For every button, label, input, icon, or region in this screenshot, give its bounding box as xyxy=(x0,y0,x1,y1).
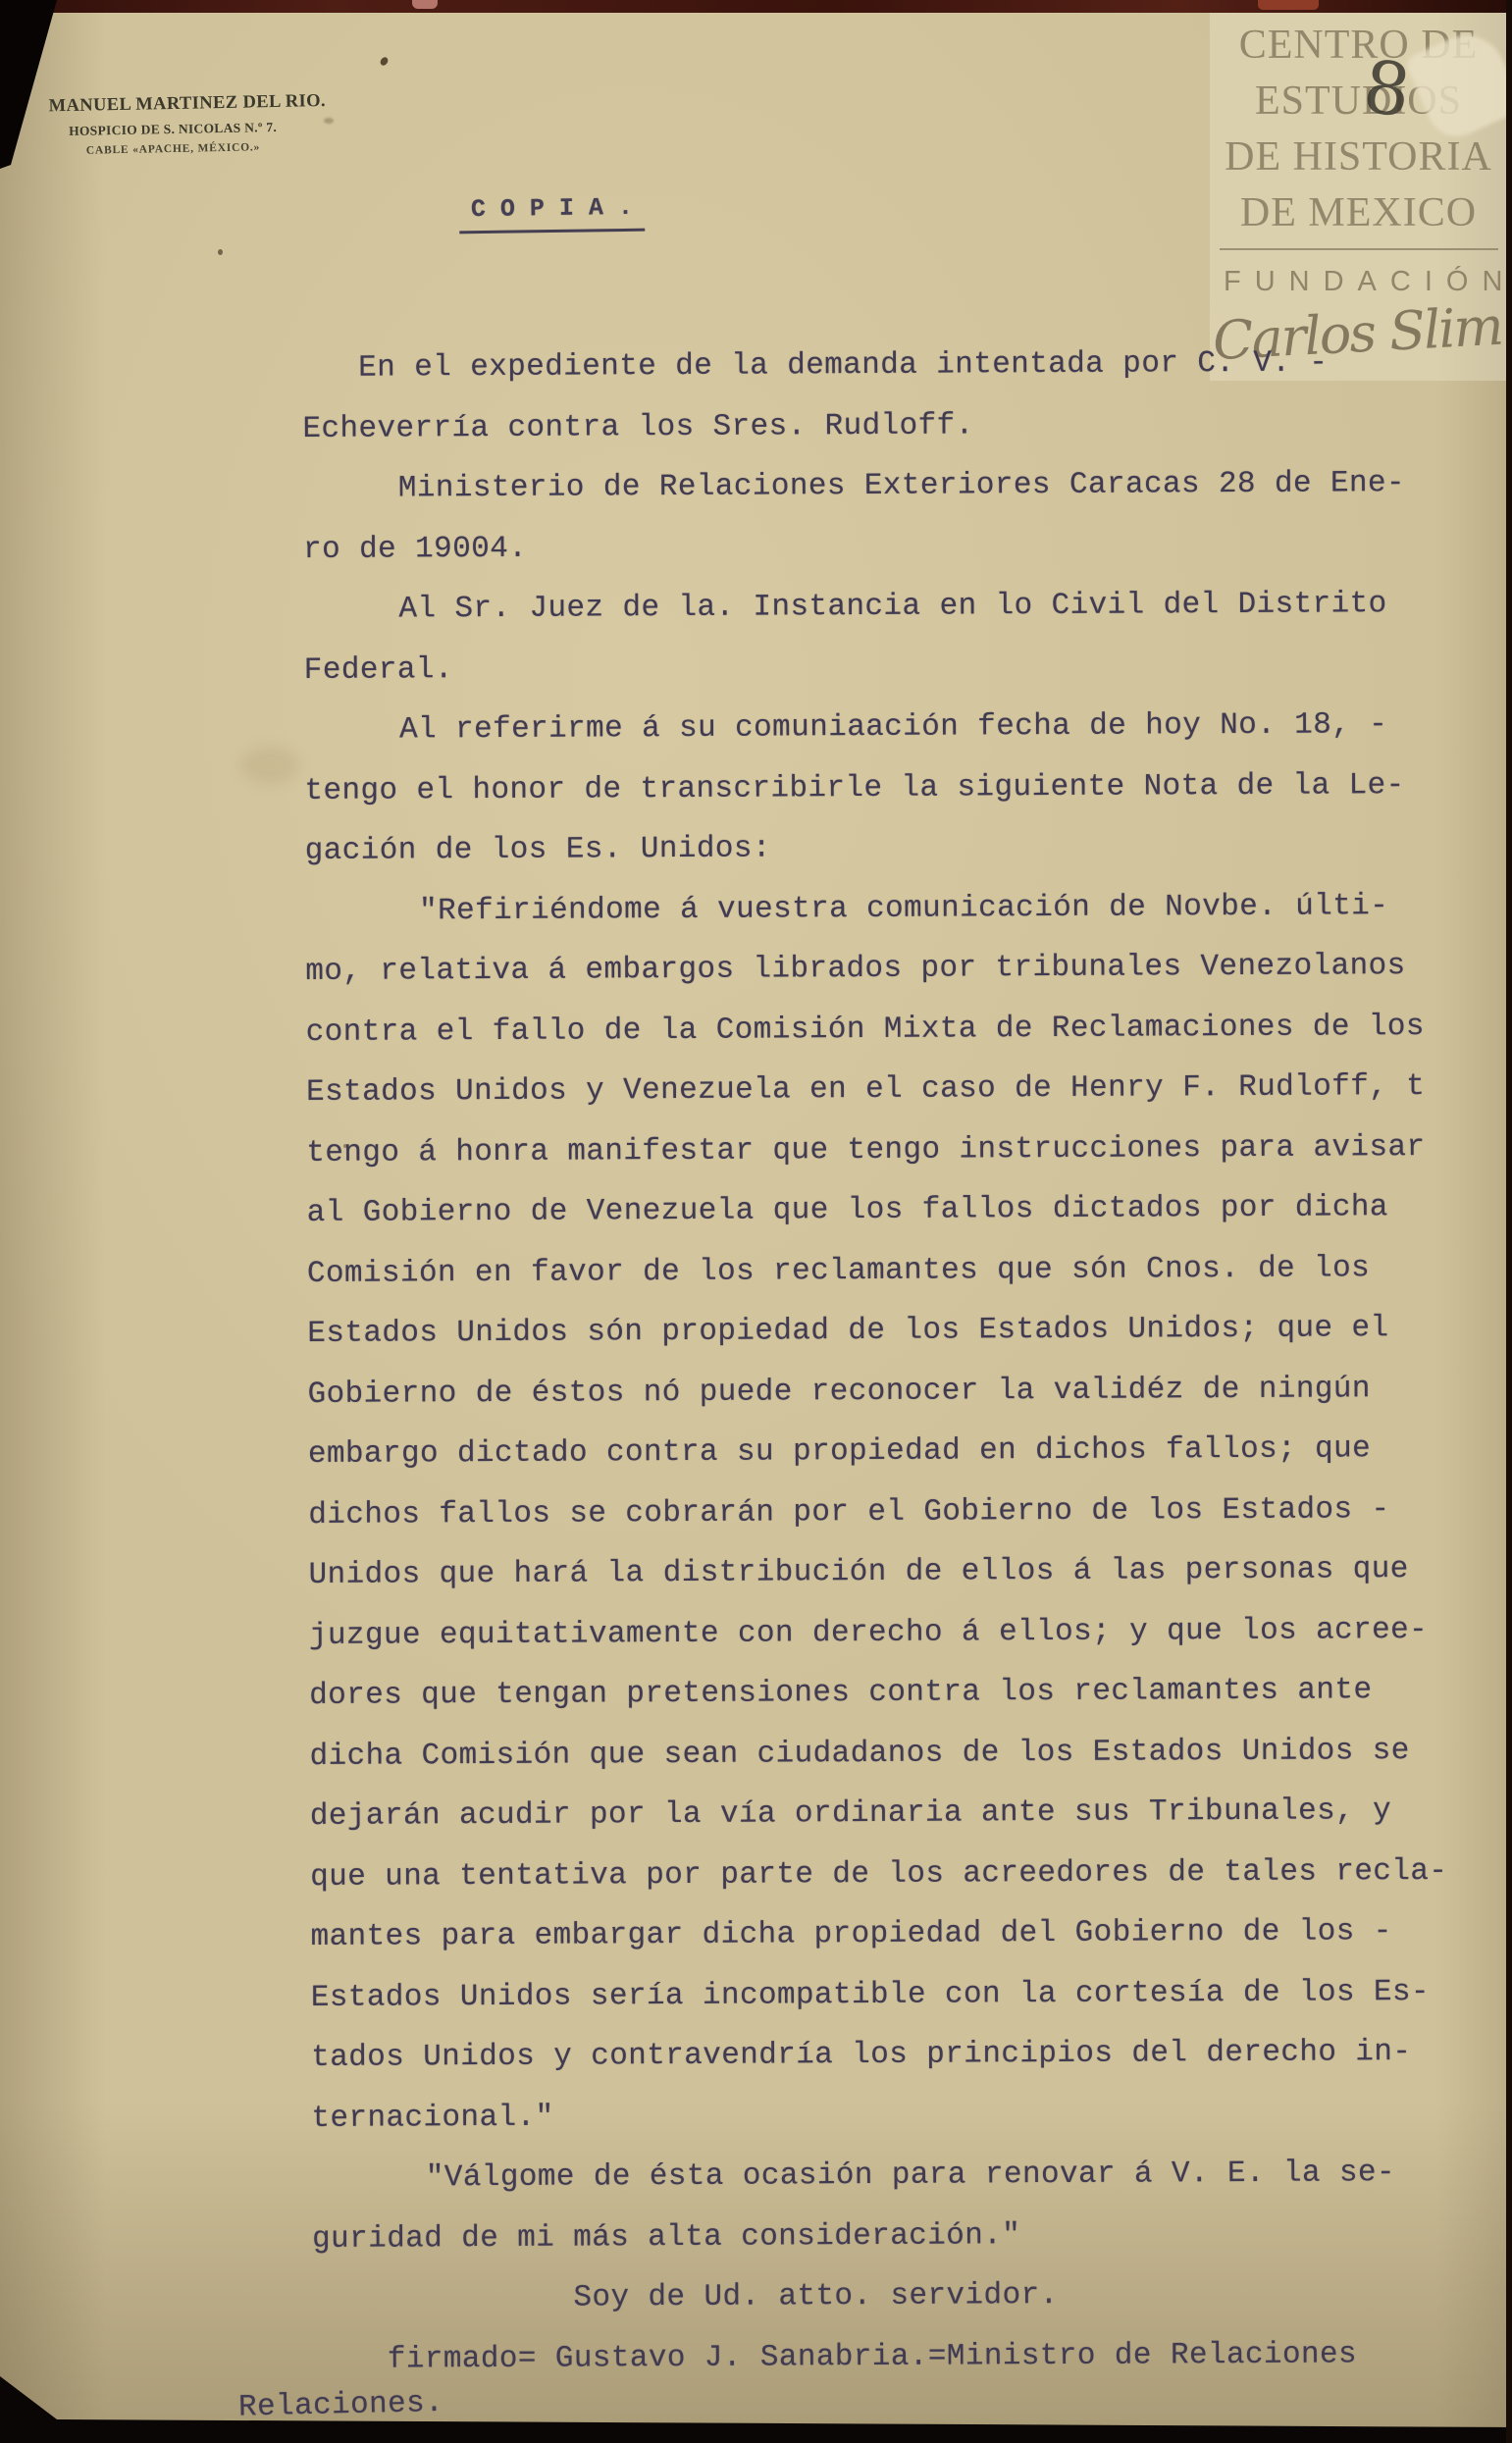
typed-line-7: Al referirme á su comuniaación fecha de … xyxy=(304,695,1491,761)
letterhead-name: MANUEL MARTINEZ DEL RIO. xyxy=(48,92,295,118)
typed-line-18: Gobierno de éstos nó puede reconocer la … xyxy=(307,1358,1494,1425)
typed-line-29: tados Unidos y contravendría los princip… xyxy=(311,2022,1498,2089)
typed-line-25: dejarán acudir por la vía ordinaria ante… xyxy=(310,1781,1497,1847)
typed-line-12: contra el fallo de la Comisión Mixta de … xyxy=(306,996,1493,1063)
typed-line-9: gación de los Es. Unidos: xyxy=(305,815,1492,882)
typed-line-31: "Válgome de ésta ocasión para renovar á … xyxy=(312,2143,1499,2209)
typed-line-19: embargo dictado contra su propiedad en d… xyxy=(308,1419,1495,1485)
typed-line-27: mantes para embargar dicha propiedad del… xyxy=(310,1901,1497,1968)
watermark-line-3: DE HISTORIA xyxy=(1210,130,1507,185)
typed-body: En el expediente de la demanda intentada… xyxy=(302,333,1500,2427)
typed-line-16: Comisión en favor de los reclamantes que… xyxy=(307,1237,1494,1304)
typed-line-26: que una tentativa por parte de los acree… xyxy=(310,1841,1497,1907)
typed-line-6: Federal. xyxy=(304,634,1491,701)
watermark-divider xyxy=(1220,248,1498,250)
letterhead-cable: CABLE «APACHE, MÉXICO.» xyxy=(49,141,296,158)
typed-line-13: Estados Unidos y Venezuela en el caso de… xyxy=(306,1057,1493,1123)
stain-speck xyxy=(343,1144,347,1148)
typed-line-23: dores que tengan pretensiones contra los… xyxy=(309,1660,1496,1727)
typed-line-5: Al Sr. Juez de la. Instancia en lo Civil… xyxy=(303,574,1490,641)
stain-speck xyxy=(218,249,223,255)
typed-line-17: Estados Unidos són propiedad de los Esta… xyxy=(307,1298,1494,1365)
typed-line-4: ro de 19004. xyxy=(303,513,1490,580)
watermark-foundation: FUNDACIÓN xyxy=(1210,266,1507,298)
typed-line-2: Echeverría contra los Sres. Rudloff. xyxy=(302,392,1489,459)
scan-edge-red-mark xyxy=(1258,0,1319,10)
typed-line-21: Unidos que hará la distribución de ellos… xyxy=(308,1539,1495,1606)
typed-line-10: "Refiriéndome á vuestra comunicación de … xyxy=(305,875,1492,942)
stain-blotch xyxy=(240,746,299,785)
typed-line-8: tengo el honor de transcribirle la sigui… xyxy=(304,754,1491,821)
typed-line-20: dichos fallos se cobrarán por el Gobiern… xyxy=(308,1479,1495,1545)
letterhead: MANUEL MARTINEZ DEL RIO. HOSPICIO DE S. … xyxy=(48,92,296,158)
typed-line-1: En el expediente de la demanda intentada… xyxy=(302,333,1489,399)
copia-heading: C O P I A . xyxy=(459,193,646,234)
watermark-line-4: DE MEXICO xyxy=(1210,185,1507,241)
letterhead-address: HOSPICIO DE S. NICOLAS N.º 7. xyxy=(49,120,296,140)
typed-line-32: guridad de mi más alta consideración." xyxy=(312,2203,1499,2269)
stain-speck xyxy=(324,118,334,124)
typed-line-28: Estados Unidos sería incompatible con la… xyxy=(311,1961,1498,2028)
scan-edge-pink-mark xyxy=(412,0,438,9)
typed-line-14: tengo á honra manifestar que tengo instr… xyxy=(306,1117,1493,1183)
typed-line-24: dicha Comisión que sean ciudadanos de lo… xyxy=(309,1720,1496,1787)
stain-speck xyxy=(379,56,390,67)
typed-line-22: juzgue equitativamente con derecho á ell… xyxy=(309,1599,1496,1666)
typed-line-33: Soy de Ud. atto. servidor. xyxy=(312,2263,1499,2330)
document-page: CENTRO DEESTUDIOSDE HISTORIADE MEXICO FU… xyxy=(0,0,1512,2443)
typed-line-30: ternacional." xyxy=(311,2082,1498,2149)
typed-line-15: al Gobierno de Venezuela que los fallos … xyxy=(307,1177,1494,1244)
typed-line-11: mo, relativa á embargos librados por tri… xyxy=(305,936,1492,1003)
typed-line-3: Ministerio de Relaciones Exteriores Cara… xyxy=(303,453,1490,520)
scan-edge-right xyxy=(1506,0,1512,2443)
